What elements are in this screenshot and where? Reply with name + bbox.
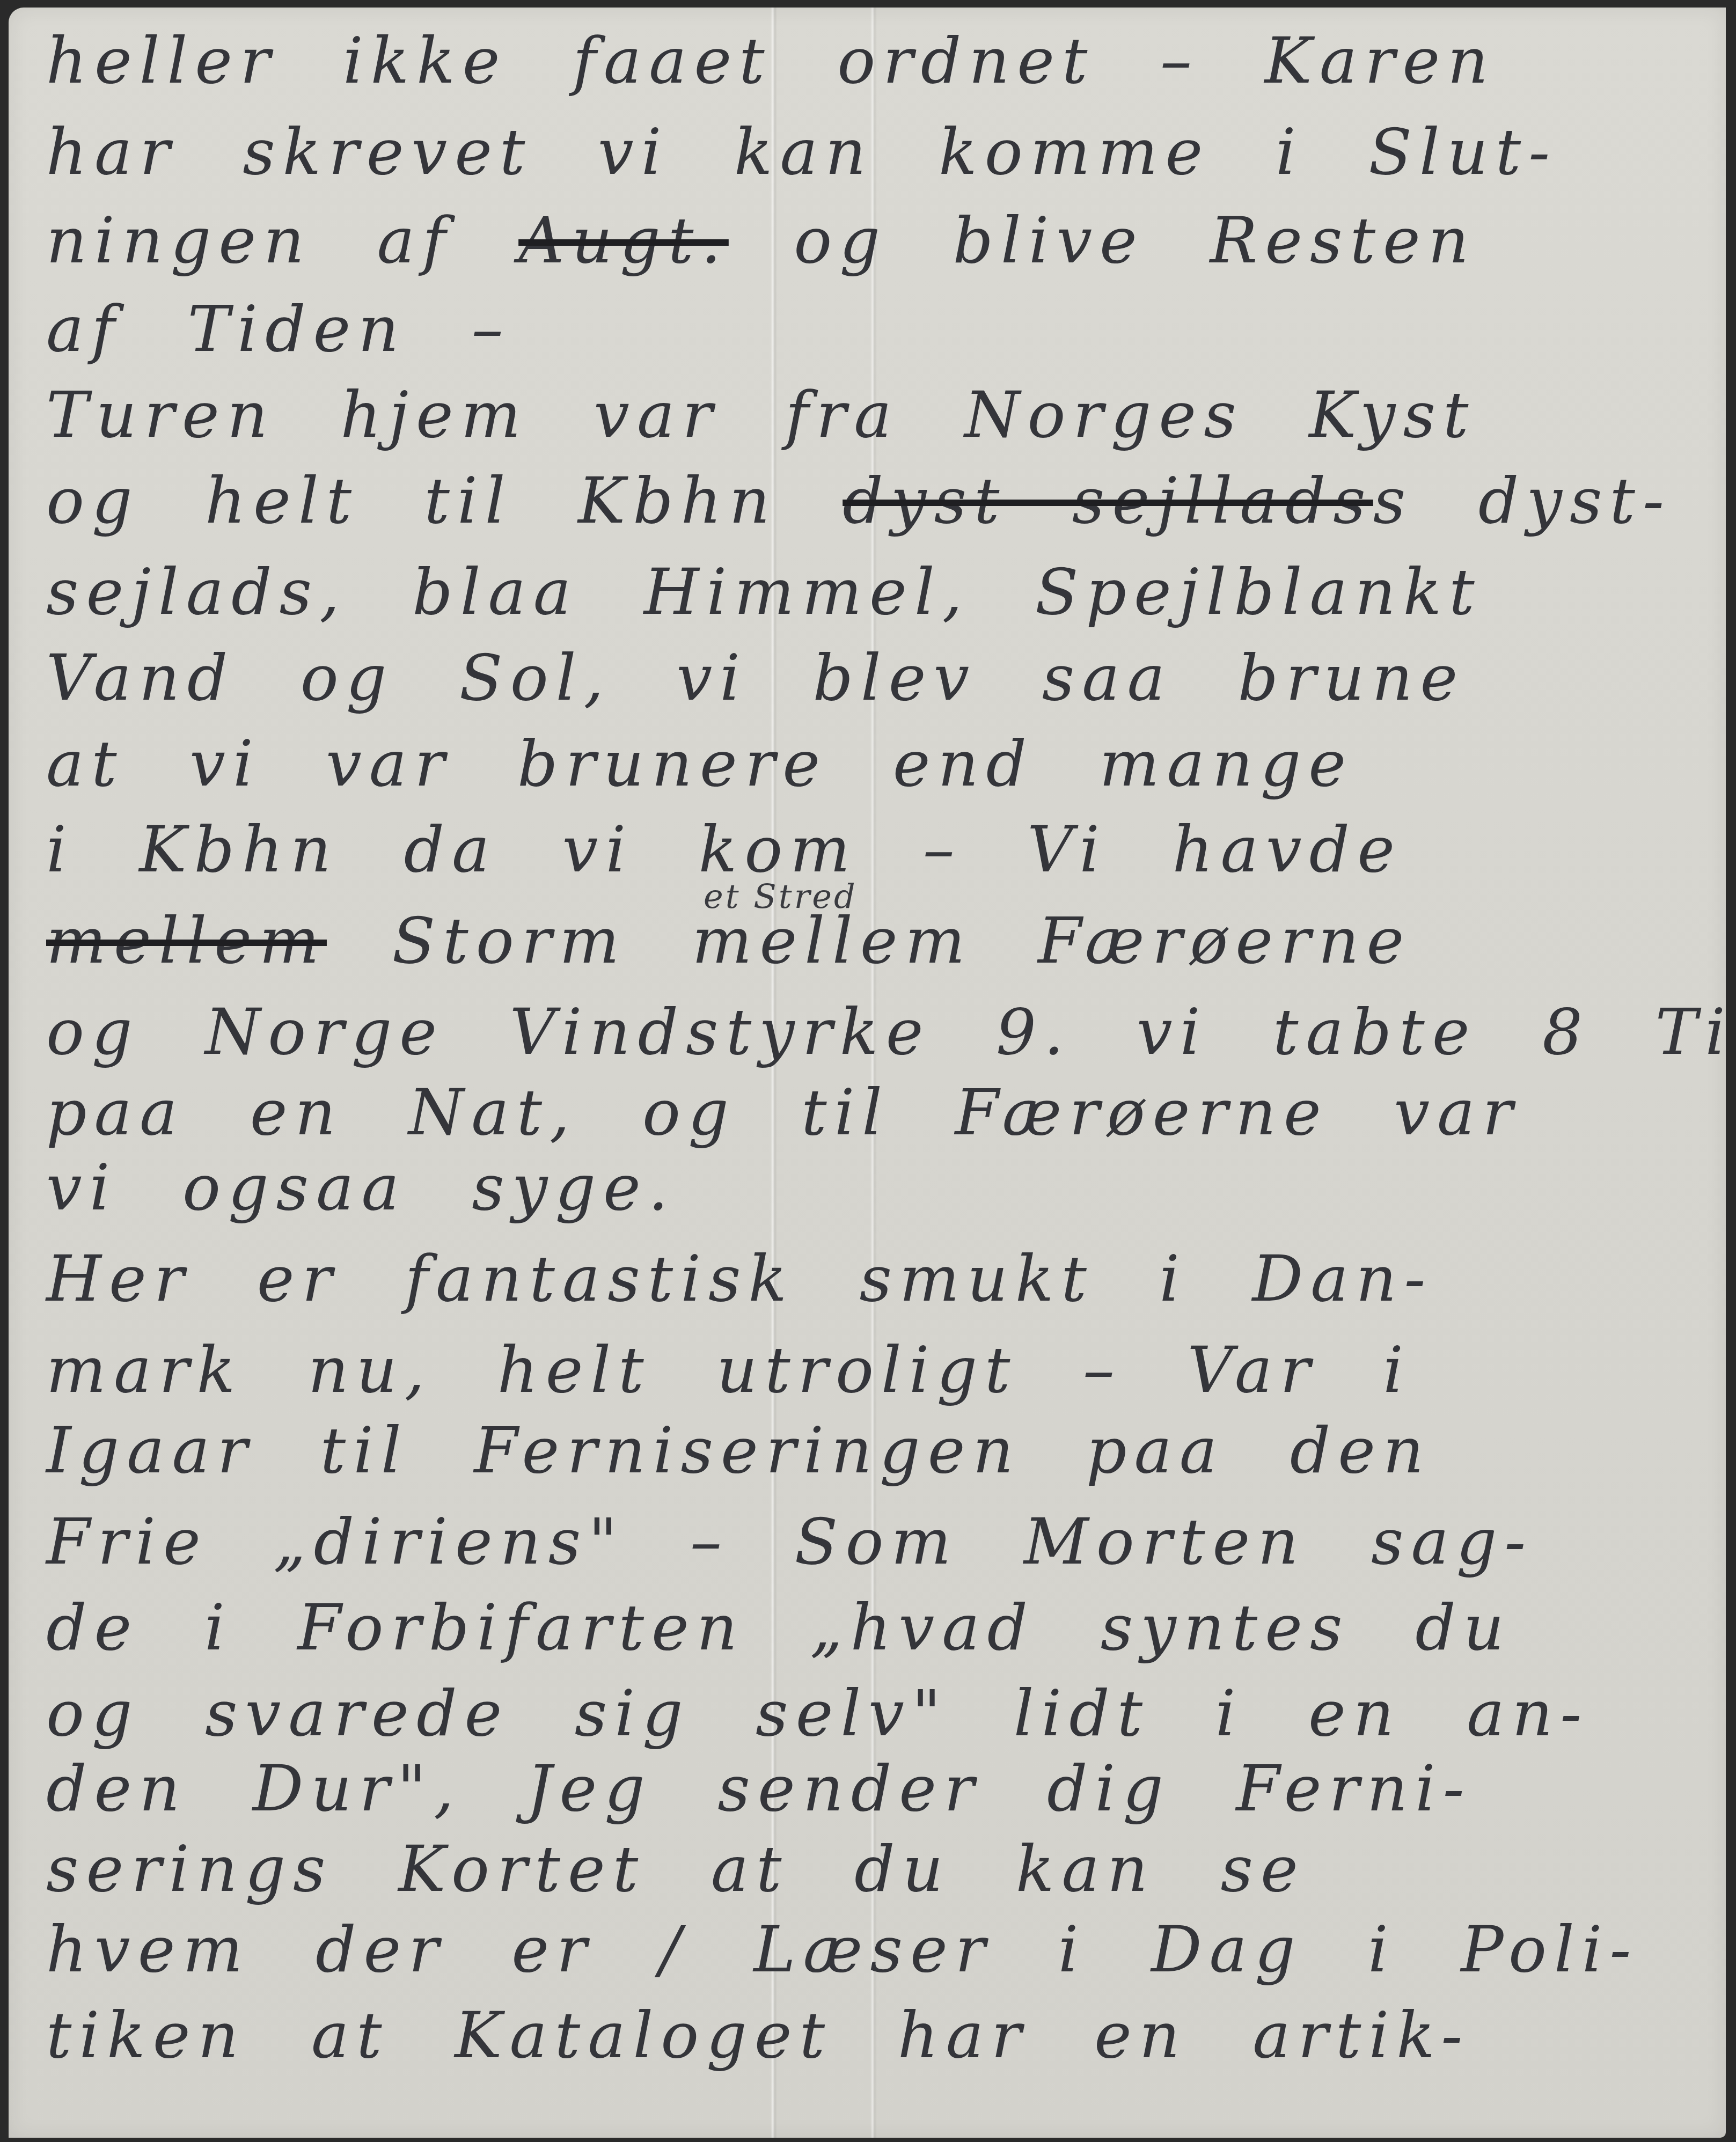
letter-line: og helt til Kbhn dyst sejlladss dyst- (46, 469, 1672, 532)
letter-line: de i Forbifarten „hvad syntes du (46, 1596, 1512, 1659)
letter-line: Turen hjem var fra Norges Kyst (46, 383, 1476, 446)
letter-line: af Tiden – (46, 297, 511, 361)
line-text: s dyst- (1373, 464, 1672, 538)
letter-line: at vi var brunere end mange (46, 732, 1353, 795)
letter-line: serings Kortet at du kan se (46, 1837, 1306, 1901)
line-text: Storm mellem Færøerne (327, 904, 1411, 978)
letter-line: hvem der er / Læser i Dag i Poli- (46, 1918, 1638, 1981)
letter-line: Frie „diriens" – Som Morten sag- (46, 1510, 1533, 1573)
letter-line: og Norge Vindstyrke 9. vi tabte 8 Tim (46, 1000, 1736, 1063)
letter-line: vi ogsaa syge. (46, 1156, 676, 1219)
letter-line: og svarede sig selv" lidt i en an- (46, 1682, 1589, 1745)
line-text: ningen af (46, 203, 518, 277)
letter-line: Igaar til Ferniseringen paa den (46, 1419, 1431, 1482)
struck-word: Augt. (518, 203, 729, 277)
letter-line: Her er fantastisk smukt i Dan- (46, 1247, 1433, 1310)
letter-line: heller ikke faaet ordnet – Karen (46, 29, 1496, 92)
letter-line: ningen af Augt. og blive Resten (46, 209, 1476, 272)
letter-line: har skrevet vi kan komme i Slut- (46, 120, 1557, 184)
letter-line: mark nu, helt utroligt – Var i (46, 1338, 1411, 1402)
letter-page: heller ikke faaet ordnet – Karen har skr… (9, 8, 1726, 2138)
struck-word: dyst sejllads (843, 464, 1373, 538)
letter-line: mellem Storm mellem Færøerne (46, 909, 1411, 972)
letter-line: Vand og Sol, vi blev saa brune (46, 646, 1465, 709)
letter-line: den Dur", Jeg sender dig Ferni- (46, 1757, 1472, 1820)
letter-line: i Kbhn da vi kom – Vi havde (46, 818, 1402, 881)
letter-line: sejlads, blaa Himmel, Spejlblankt (46, 560, 1482, 623)
line-text: og blive Resten (729, 203, 1476, 277)
struck-word: mellem (46, 904, 327, 978)
letter-line: paa en Nat, og til Færøerne var (46, 1081, 1520, 1144)
line-text: og helt til Kbhn (46, 464, 843, 538)
letter-line: tiken at Kataloget har en artik- (46, 2004, 1470, 2067)
